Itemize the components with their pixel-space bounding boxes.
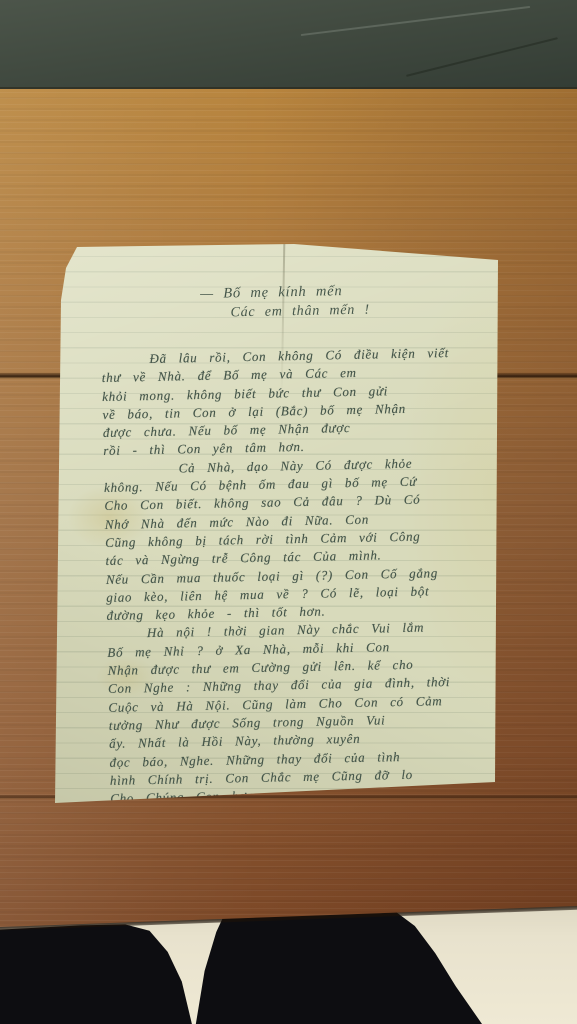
photo-viewport: — Bố mẹ kính mến Các em thân mến ! Đã lâ… — [0, 0, 577, 1024]
letter-paragraph: Hà nội ! thời gian Này chắc Vui lắmBố mẹ… — [107, 617, 511, 808]
letter-body: Đã lâu rồi, Con không Có điều kiện viếtt… — [101, 343, 510, 808]
leather-chair-back — [0, 0, 577, 89]
leather-crease — [301, 6, 530, 36]
letter-paragraph: Đã lâu rồi, Con không Có điều kiện viếtt… — [101, 343, 503, 461]
letter-paragraph: Cả Nhà, dạo Này Có được khỏekhông. Nếu C… — [103, 453, 506, 626]
letter-salutation-siblings: Các em thân mến ! — [230, 298, 500, 322]
leather-crease — [406, 37, 558, 77]
handwritten-letter: — Bố mẹ kính mến Các em thân mến ! Đã lâ… — [54, 242, 500, 808]
letter-content: — Bố mẹ kính mến Các em thân mến ! Đã lâ… — [100, 279, 510, 808]
